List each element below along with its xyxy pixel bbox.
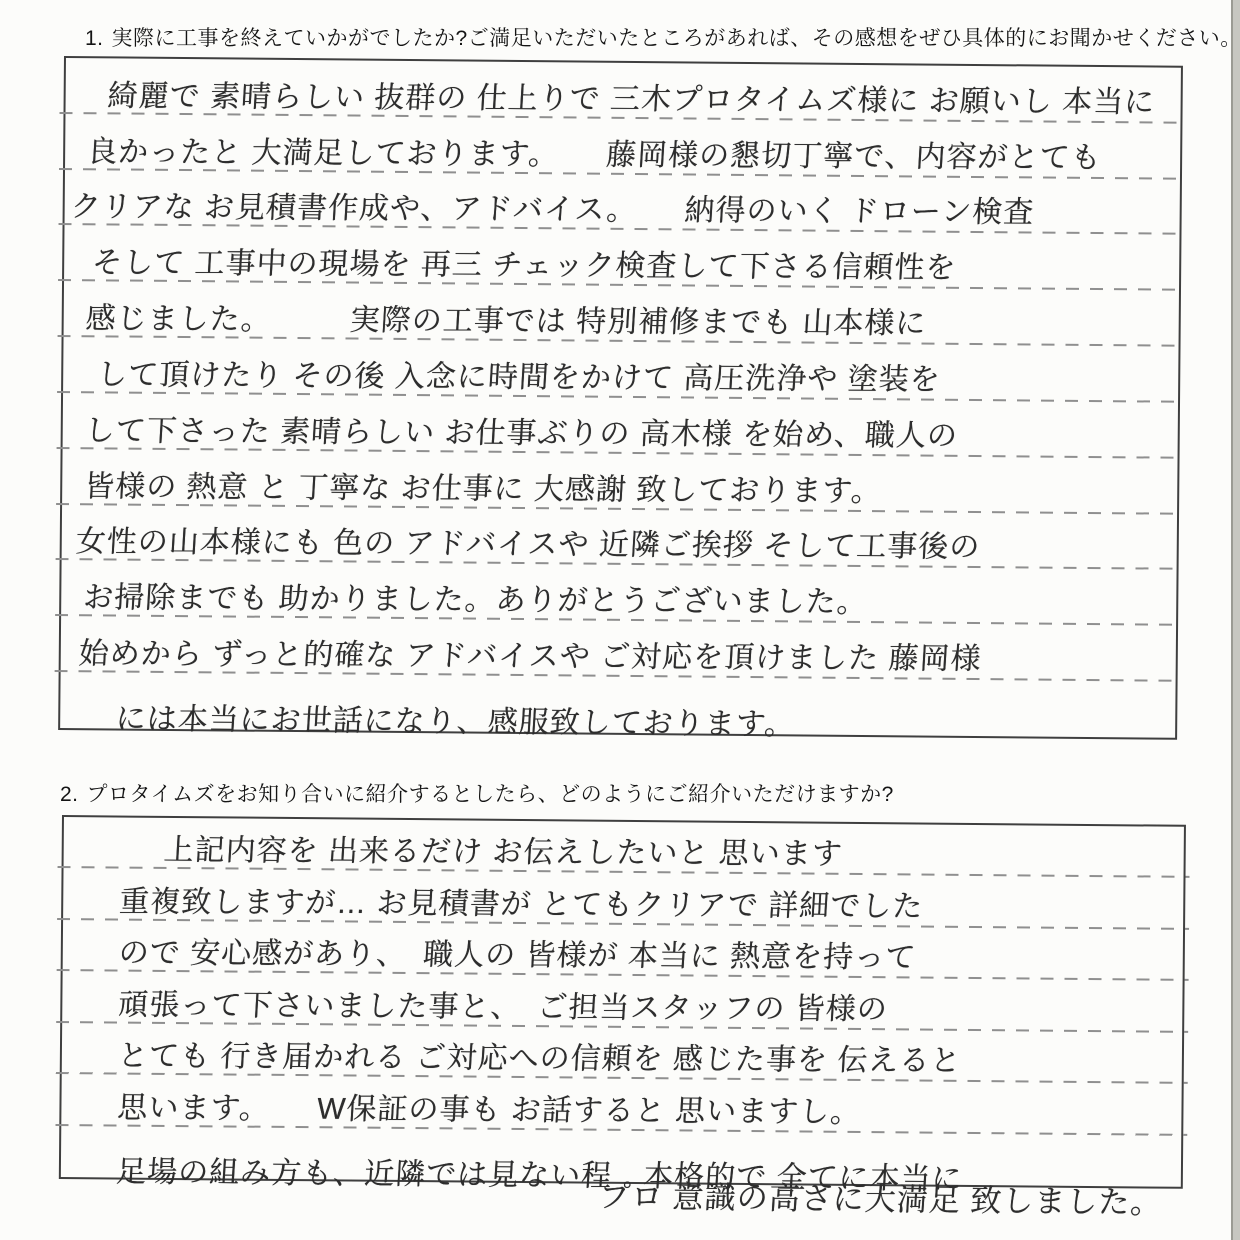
handwritten-text: には本当にお世話になり、感服致しております。 [115,702,797,744]
question-1-heading: 1.実際に工事を終えていかがでしたか?ご満足いただいたところがあれば、その感想を… [85,22,1240,52]
scanned-survey-page: 1.実際に工事を終えていかがでしたか?ご満足いただいたところがあれば、その感想を… [0,0,1240,1240]
answer-box-2: 上記内容を 出来るだけ お伝えしたいと 思います 重複致しますが… お見積書が … [59,815,1186,1189]
handwritten-text: 頑張って下さいました事と、 ご担当スタッフの 皆様の [117,988,889,1029]
handwritten-line: には本当にお世話になり、感服致しております。 [60,672,1175,738]
question-2-heading: 2.プロタイムズをお知り合いに紹介するとしたら、どのようにご紹介いただけますか? [60,778,894,808]
answer-box-1: 綺麗で 素晴らしい 抜群の 仕上りで 三木プロタイムズ様に お願いし 本当に 良… [58,56,1183,740]
handwritten-text: 上記内容を 出来るだけ お伝えしたいと 思います [163,834,844,874]
handwritten-text: 皆様の 熱意 と 丁寧な お仕事に 大感謝 致しております。 [83,470,883,511]
handwritten-line: お掃除までも 助かりました。ありがとうございました。 [61,560,1176,626]
handwritten-text: プロ 意識の高さに大満足 致しました。 [598,1180,1164,1223]
handwritten-text: 思います。 W保証の事も お話すると 思いますし。 [116,1091,862,1132]
question-1-text: 実際に工事を終えていかがでしたか?ご満足いただいたところがあれば、その感想をぜひ… [112,27,1240,50]
handwritten-line: 良かったと 大満足しております。 藤岡様の懇切丁寧で、内容がとても [65,114,1180,180]
handwritten-line: して下さった 素晴らしい お仕事ぶりの 高木様 を始め、職人の [63,393,1178,459]
handwritten-line: そして 工事中の現場を 再三 チェック検査して下さる信頼性を [64,225,1179,291]
handwritten-text: 重複致しますが… お見積書が とてもクリアで 詳細でした [118,885,924,926]
question-1-number: 1. [85,27,104,50]
question-2-text: プロタイムズをお知り合いに紹介するとしたら、どのようにご紹介いただけますか? [87,783,894,806]
handwritten-line: 感じました。 実際の工事では 特別補修までも 山本様に [64,281,1179,347]
handwritten-text: お掃除までも 助かりました。ありがとうございました。 [82,582,869,623]
handwritten-text: 感じました。 実際の工事では 特別補修までも 山本様に [85,302,928,343]
handwritten-line: 女性の山本様にも 色の アドバイスや 近隣ご挨拶 そして工事後の [62,505,1177,571]
handwritten-text: して頂けたり その後 入念に時間をかけて 高圧洗浄や 塗装を [96,358,942,399]
question-2-number: 2. [60,783,79,806]
scan-edge-artifact [1231,0,1240,1240]
handwritten-text: とても 行き届かれる ご対応への信頼を 感じた事を 伝えると [117,1040,963,1081]
handwritten-line: 足場の組み方も、近隣では見ない程 本格的で 全てに本当に [61,1126,1181,1187]
handwritten-line: 皆様の 熱意 と 丁寧な お仕事に 大感謝 致しております。 [62,449,1177,515]
handwritten-line: クリアな お見積書作成や、アドバイス。 納得のいく ドローン検査 [65,170,1180,236]
handwritten-text: ので 安心感があり、 職人の 皆様が 本当に 熱意を持って [118,937,918,978]
handwritten-line: して頂けたり その後 入念に時間をかけて 高圧洗浄や 塗装を [63,337,1178,403]
handwritten-overflow-line: プロ 意識の高さに大満足 致しました。 [599,1179,1163,1224]
handwritten-line: 始めから ずっと的確な アドバイスや ご対応を頂けました 藤岡様 [61,616,1176,682]
handwritten-line: 綺麗で 素晴らしい 抜群の 仕上りで 三木プロタイムズ様に お願いし 本当に [65,58,1180,124]
